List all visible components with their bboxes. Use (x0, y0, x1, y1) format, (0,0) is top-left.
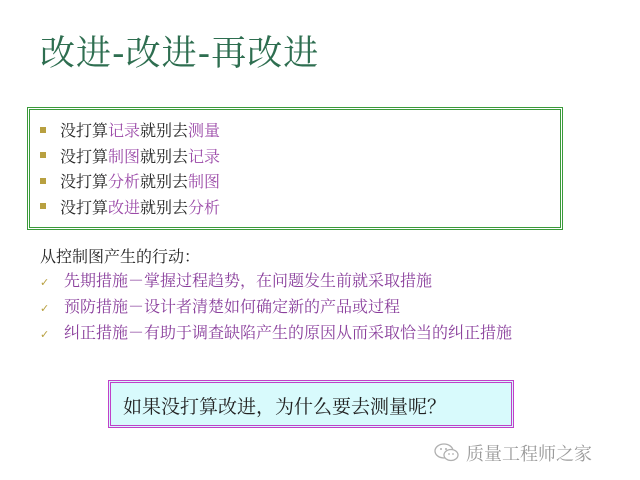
square-bullet-icon (40, 178, 46, 184)
watermark-text: 质量工程师之家 (466, 444, 592, 465)
actions-heading: 从控制图产生的行动： (40, 244, 200, 267)
list-item: ✓纠正措施－有助于调查缺陷产生的原因从而采取恰当的纠正措施 (40, 320, 512, 346)
list-item: 没打算分析就别去制图 (40, 169, 220, 195)
principles-list: 没打算记录就别去测量 没打算制图就别去记录 没打算分析就别去制图 没打算改进就别… (40, 118, 220, 220)
principles-box: 没打算记录就别去测量 没打算制图就别去记录 没打算分析就别去制图 没打算改进就别… (27, 107, 563, 230)
question-text: 如果没打算改进，为什么要去测量呢？ (123, 392, 446, 419)
square-bullet-icon (40, 152, 46, 158)
checkmark-icon: ✓ (40, 270, 54, 296)
list-item: ✓预防措施－设计者清楚如何确定新的产品或过程 (40, 294, 512, 320)
checkmark-icon: ✓ (40, 296, 54, 322)
watermark: 质量工程师之家 (434, 440, 592, 469)
list-item: 没打算改进就别去分析 (40, 195, 220, 221)
slide-title: 改进-改进-再改进 (40, 26, 319, 76)
actions-list: ✓先期措施－掌握过程趋势，在问题发生前就采取措施 ✓预防措施－设计者清楚如何确定… (40, 268, 512, 346)
list-item: 没打算记录就别去测量 (40, 118, 220, 144)
question-box: 如果没打算改进，为什么要去测量呢？ (108, 380, 514, 428)
list-item: 没打算制图就别去记录 (40, 144, 220, 170)
square-bullet-icon (40, 127, 46, 133)
list-item: ✓先期措施－掌握过程趋势，在问题发生前就采取措施 (40, 268, 512, 294)
wechat-icon (434, 442, 460, 469)
square-bullet-icon (40, 203, 46, 209)
checkmark-icon: ✓ (40, 322, 54, 348)
